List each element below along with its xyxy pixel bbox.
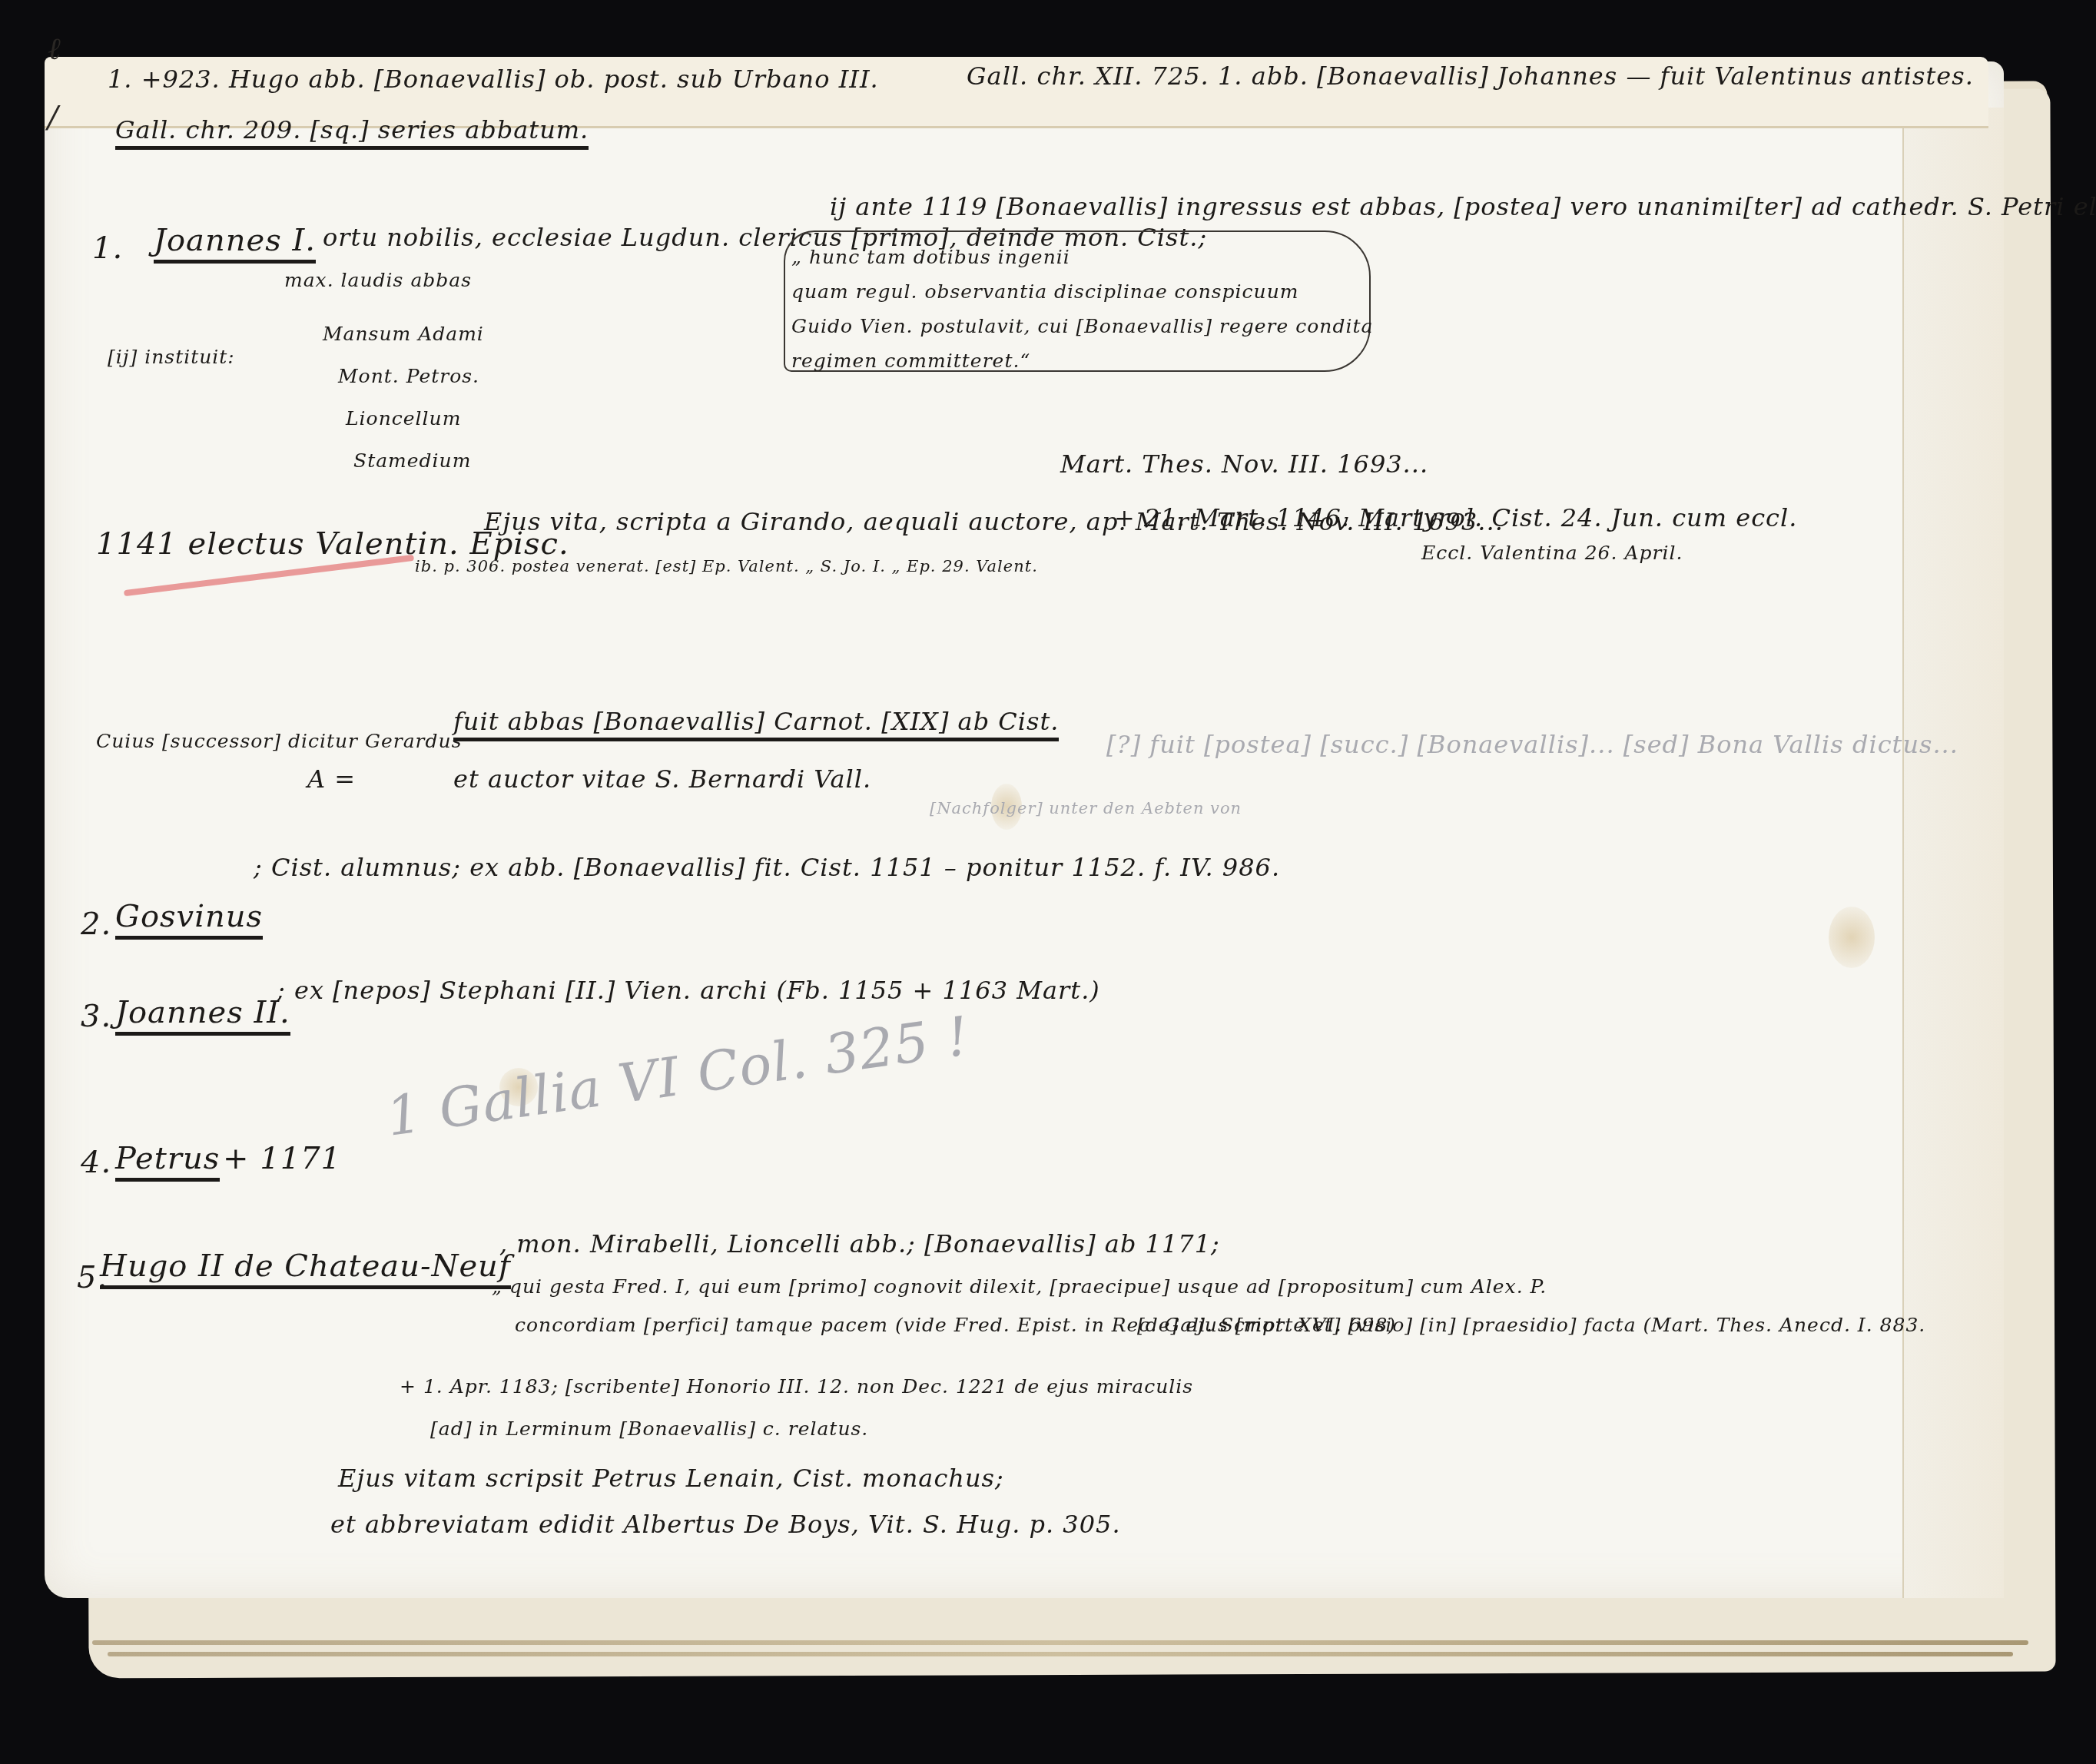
entry-1-quote-line: Guido Vien. postulavit, cui [Bonaevallis… bbox=[791, 315, 1373, 337]
entry-1-name: Joannes I. bbox=[154, 223, 316, 264]
page-stack-edge bbox=[92, 1640, 2028, 1645]
entry-4-name: Petrus bbox=[115, 1141, 220, 1182]
entry-5-name: Hugo II de Chateau-Neuf bbox=[100, 1248, 511, 1289]
entry-1-text-cont: ij ante 1119 [Bonaevallis] ingressus est… bbox=[830, 192, 2096, 221]
entry-5-closing: et abbreviatam edidit Albertus De Boys, … bbox=[330, 1510, 1121, 1539]
entry-2-name: Gosvinus bbox=[115, 899, 263, 940]
founded-item: Mansum Adami bbox=[323, 323, 484, 345]
entry-5-line: „ qui gesta Fred. I, qui eum [primo] cog… bbox=[492, 1275, 1547, 1298]
gerardus-text-cont: et auctor vitae S. Bernardi Vall. bbox=[453, 764, 871, 794]
founded-item: Stamedium bbox=[353, 449, 471, 472]
margin-mark: / bbox=[48, 100, 58, 135]
header-line-left: 1. +923. Hugo abb. [Bonaevallis] ob. pos… bbox=[108, 65, 879, 94]
founded-item: Mont. Petros. bbox=[338, 365, 479, 387]
founded-item: Lioncellum bbox=[346, 407, 461, 429]
header-line-sub: Gall. chr. 209. [sq.] series abbatum. bbox=[115, 115, 589, 150]
entry-2-number: 2. bbox=[81, 907, 111, 942]
pencil-note-right: [?] fuit [postea] [succ.] [Bonaevallis].… bbox=[1106, 730, 1958, 759]
entry-5-line: [ad] in Lerminum [Bonaevallis] c. relatu… bbox=[430, 1417, 868, 1440]
entry-1-quote-line: quam regul. observantia disciplinae cons… bbox=[791, 280, 1299, 303]
paper-stain bbox=[1829, 907, 1875, 968]
entry-5-text: , mon. Mirabelli, Lioncelli abb.; [Bonae… bbox=[499, 1229, 1220, 1258]
entry-1-quote-line: „ hunc tam dotibus ingenii bbox=[791, 246, 1070, 268]
header-line-right: Gall. chr. XII. 725. 1. abb. [Bonaevalli… bbox=[967, 61, 1974, 91]
entry-3-text: ; ex [nepos] Stephani [II.] Vien. archi … bbox=[277, 976, 1100, 1005]
entry-1-side-note: max. laudis abbas bbox=[284, 269, 472, 291]
entry-1-number: 1. bbox=[92, 230, 123, 266]
mart-thes-ref: Mart. Thes. Nov. III. 1693... bbox=[1060, 449, 1428, 479]
gerardus-marker: A = bbox=[307, 764, 356, 794]
entry-3-name: Joannes II. bbox=[115, 995, 290, 1036]
vita-text-cont: + 21. Mart. 1146. Martyrol. Cist. 24. Ju… bbox=[1114, 503, 1797, 532]
entry-1-quote-line: regimen committeret.“ bbox=[791, 350, 1030, 372]
entry-1-founded-label: [ij] instituit: bbox=[108, 346, 235, 368]
gerardus-label: Cuius [successor] dicitur Gerardus bbox=[96, 730, 463, 752]
page-edge bbox=[1902, 108, 2004, 1598]
pencil-note-entry-2: [Nachfolger] unter den Aebten von bbox=[930, 799, 1242, 817]
gerardus-text: fuit abbas [Bonaevallis] Carnot. [XIX] a… bbox=[453, 707, 1059, 741]
page-stack-edge bbox=[108, 1652, 2013, 1656]
entry-5-line: + 1. Apr. 1183; [scribente] Honorio III.… bbox=[400, 1375, 1193, 1398]
entry-4-number: 4. bbox=[81, 1145, 111, 1180]
entry-5-line: [de] ejus [morte et] [visio] [in] [praes… bbox=[1137, 1314, 1925, 1336]
entry-2-text: ; Cist. alumnus; ex abb. [Bonaevallis] f… bbox=[254, 853, 1280, 882]
vita-subline: ib. p. 306. postea venerat. [est] Ep. Va… bbox=[415, 557, 1038, 575]
vita-subline-right: Eccl. Valentina 26. April. bbox=[1421, 542, 1683, 564]
entry-3-number: 3. bbox=[81, 999, 111, 1034]
entry-5-closing: Ejus vitam scripsit Petrus Lenain, Cist.… bbox=[338, 1464, 1004, 1493]
entry-4-text: + 1171 bbox=[223, 1141, 341, 1176]
margin-mark: ℓ bbox=[48, 31, 61, 67]
